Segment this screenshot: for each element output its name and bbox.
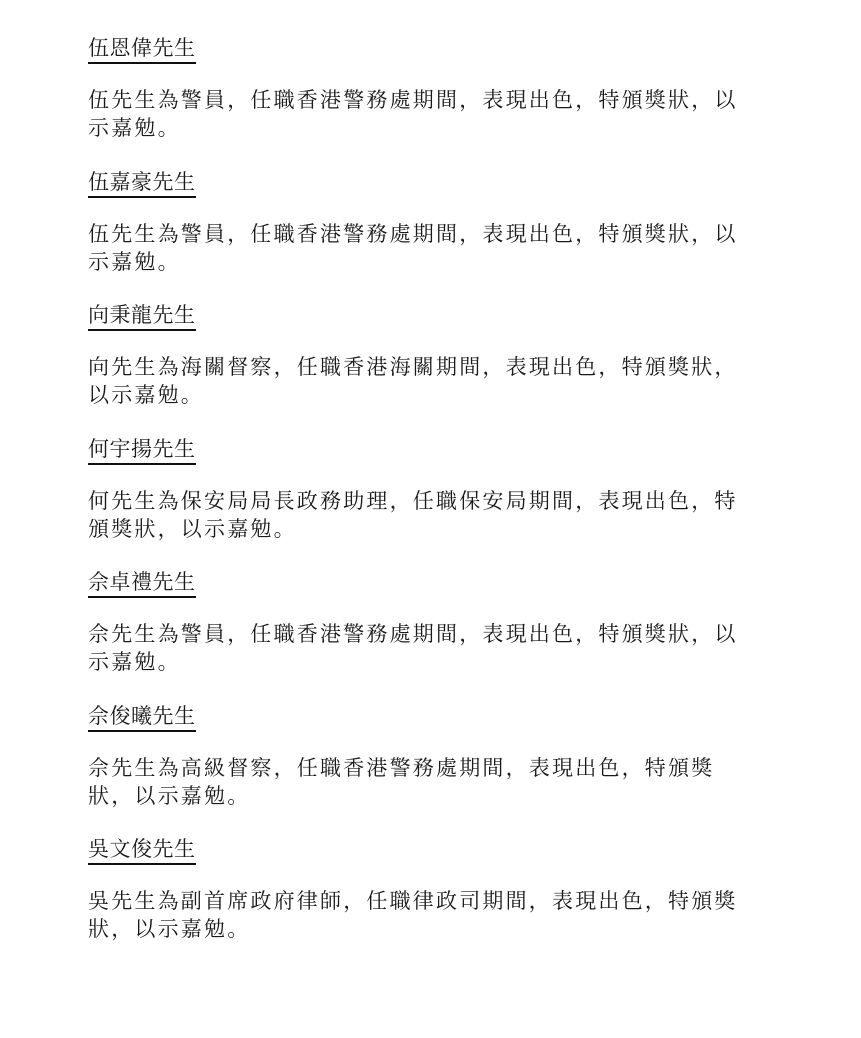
recipient-name: 吳文俊先生 [88,835,196,865]
recipient-name: 佘卓禮先生 [88,568,196,598]
citation-text: 伍先生為警員，任職香港警務處期間，表現出色，特頒獎狀，以示嘉勉。 [88,86,750,142]
citation-text: 佘先生為高級督察，任職香港警務處期間，表現出色，特頒獎狀，以示嘉勉。 [88,754,750,810]
award-entry: 佘卓禮先生 佘先生為警員，任職香港警務處期間，表現出色，特頒獎狀，以示嘉勉。 [88,568,748,702]
citation-text: 佘先生為警員，任職香港警務處期間，表現出色，特頒獎狀，以示嘉勉。 [88,620,750,676]
recipient-name: 伍恩偉先生 [88,34,196,64]
award-entry: 向秉龍先生 向先生為海關督察，任職香港海關期間，表現出色，特頒獎狀，以示嘉勉。 [88,301,748,435]
award-entry: 何宇揚先生 何先生為保安局局長政務助理，任職保安局期間，表現出色，特頒獎狀，以示… [88,435,748,569]
citation-text: 伍先生為警員，任職香港警務處期間，表現出色，特頒獎狀，以示嘉勉。 [88,220,750,276]
citation-text: 吳先生為副首席政府律師，任職律政司期間，表現出色，特頒獎狀，以示嘉勉。 [88,887,750,943]
recipient-name: 向秉龍先生 [88,301,196,331]
recipient-name: 佘俊曦先生 [88,702,196,732]
award-entry: 伍恩偉先生 伍先生為警員，任職香港警務處期間，表現出色，特頒獎狀，以示嘉勉。 [88,34,748,168]
recipient-name: 伍嘉豪先生 [88,168,196,198]
citation-text: 向先生為海關督察，任職香港海關期間，表現出色，特頒獎狀，以示嘉勉。 [88,353,750,409]
recipient-name: 何宇揚先生 [88,435,196,465]
award-entry: 佘俊曦先生 佘先生為高級督察，任職香港警務處期間，表現出色，特頒獎狀，以示嘉勉。 [88,702,748,836]
document-page: 伍恩偉先生 伍先生為警員，任職香港警務處期間，表現出色，特頒獎狀，以示嘉勉。 伍… [88,34,748,969]
award-entry: 吳文俊先生 吳先生為副首席政府律師，任職律政司期間，表現出色，特頒獎狀，以示嘉勉… [88,835,748,969]
citation-text: 何先生為保安局局長政務助理，任職保安局期間，表現出色，特頒獎狀，以示嘉勉。 [88,487,750,543]
award-entry: 伍嘉豪先生 伍先生為警員，任職香港警務處期間，表現出色，特頒獎狀，以示嘉勉。 [88,168,748,302]
